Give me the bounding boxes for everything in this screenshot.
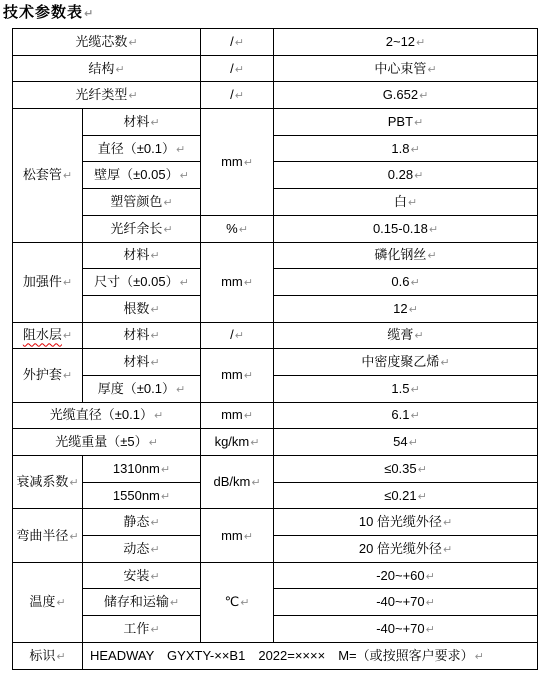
cell-text: kg/km	[215, 434, 250, 449]
end-of-cell-mark: ↵	[426, 624, 435, 636]
page-title: 技术参数表↵	[0, 0, 545, 24]
table-cell: 材料↵	[83, 109, 201, 136]
table-cell: mm↵	[201, 242, 274, 322]
cell-text: 光缆重量（±5）	[55, 434, 147, 449]
end-of-cell-mark: ↵	[418, 491, 427, 503]
cell-text: 标识	[29, 648, 55, 663]
table-row: 光缆芯数↵/↵2~12↵	[13, 29, 538, 56]
cell-text: 尺寸（±0.05）	[94, 274, 178, 289]
end-of-cell-mark: ↵	[176, 144, 185, 156]
paragraph-mark: ↵	[84, 8, 94, 20]
table-cell: 材料↵	[83, 349, 201, 376]
cell-text: 10 倍光缆外径	[359, 514, 442, 529]
end-of-cell-mark: ↵	[426, 571, 435, 583]
cell-text: 1550nm	[113, 488, 160, 503]
table-row: 壁厚（±0.05）↵0.28↵	[13, 162, 538, 189]
end-of-cell-mark: ↵	[410, 144, 419, 156]
cell-text: 材料	[123, 354, 149, 369]
table-cell: 尺寸（±0.05）↵	[83, 269, 201, 296]
end-of-cell-mark: ↵	[251, 477, 260, 489]
table-cell: /↵	[201, 322, 274, 349]
table-row: 光纤类型↵/↵G.652↵	[13, 82, 538, 109]
end-of-cell-mark: ↵	[150, 624, 159, 636]
table-cell: 2~12↵	[274, 29, 538, 56]
table-row: 光纤余长↵%↵0.15-0.18↵	[13, 215, 538, 242]
cell-text: 静态	[123, 514, 149, 529]
end-of-cell-mark: ↵	[244, 531, 253, 543]
table-cell: ℃↵	[201, 562, 274, 642]
table-cell: 安装↵	[83, 562, 201, 589]
cell-text: 外护套	[23, 367, 62, 382]
table-cell: 6.1↵	[274, 402, 538, 429]
end-of-cell-mark: ↵	[150, 357, 159, 369]
cell-text: mm	[221, 154, 243, 169]
cell-text: 工作	[123, 621, 149, 636]
end-of-cell-mark: ↵	[235, 64, 244, 76]
end-of-cell-mark: ↵	[63, 330, 72, 342]
end-of-cell-mark: ↵	[63, 170, 72, 182]
end-of-cell-mark: ↵	[128, 37, 137, 49]
end-of-cell-mark: ↵	[161, 491, 170, 503]
end-of-cell-mark: ↵	[443, 544, 452, 556]
end-of-cell-mark: ↵	[180, 170, 189, 182]
cell-text: PBT	[388, 114, 413, 129]
cell-text: dB/km	[213, 474, 250, 489]
end-of-cell-mark: ↵	[180, 277, 189, 289]
cell-outer-sheath: 外护套↵	[13, 349, 83, 402]
table-cell: /↵	[201, 29, 274, 56]
cell-text: 0.28	[388, 167, 413, 182]
table-cell: 光缆芯数↵	[13, 29, 201, 56]
table-row: 工作↵-40~+70↵	[13, 616, 538, 643]
cell-text: mm	[221, 274, 243, 289]
table-row: 松套管↵材料↵mm↵PBT↵	[13, 109, 538, 136]
end-of-cell-mark: ↵	[170, 597, 179, 609]
end-of-cell-mark: ↵	[240, 597, 249, 609]
end-of-cell-mark: ↵	[408, 197, 417, 209]
cell-text: 光缆芯数	[75, 34, 127, 49]
table-row: 直径（±0.1）↵1.8↵	[13, 135, 538, 162]
cell-text: 光纤类型	[75, 87, 127, 102]
document-page: 技术参数表↵ 光缆芯数↵/↵2~12↵结构↵/↵中心束管↵光纤类型↵/↵G.65…	[0, 0, 545, 677]
end-of-cell-mark: ↵	[244, 370, 253, 382]
end-of-cell-mark: ↵	[414, 170, 423, 182]
table-cell: 54↵	[274, 429, 538, 456]
end-of-cell-mark: ↵	[427, 64, 436, 76]
table-cell: -20~+60↵	[274, 562, 538, 589]
spec-table: 光缆芯数↵/↵2~12↵结构↵/↵中心束管↵光纤类型↵/↵G.652↵松套管↵材…	[12, 28, 538, 670]
table-cell: 白↵	[274, 189, 538, 216]
end-of-cell-mark: ↵	[414, 330, 423, 342]
end-of-cell-mark: ↵	[115, 64, 124, 76]
end-of-cell-mark: ↵	[128, 90, 137, 102]
table-cell: 壁厚（±0.05）↵	[83, 162, 201, 189]
end-of-cell-mark: ↵	[176, 384, 185, 396]
table-cell: 缆膏↵	[274, 322, 538, 349]
end-of-cell-mark: ↵	[150, 330, 159, 342]
end-of-cell-mark: ↵	[244, 277, 253, 289]
table-cell: 12↵	[274, 295, 538, 322]
end-of-cell-mark: ↵	[150, 117, 159, 129]
table-cell: ≤0.35↵	[274, 456, 538, 483]
cell-text: mm	[221, 367, 243, 382]
cell-text: 材料	[123, 247, 149, 262]
cell-text: 0.6	[391, 274, 409, 289]
cell-text: /	[230, 34, 234, 49]
cell-text: 根数	[123, 301, 149, 316]
table-cell: mm↵	[201, 509, 274, 562]
table-cell: 厚度（±0.1）↵	[83, 375, 201, 402]
cell-text: G.652	[383, 87, 418, 102]
end-of-cell-mark: ↵	[443, 517, 452, 529]
end-of-cell-mark: ↵	[239, 224, 248, 236]
cell-text: 塑管颜色	[110, 194, 162, 209]
table-cell: 光缆直径（±0.1）↵	[13, 402, 201, 429]
end-of-cell-mark: ↵	[475, 651, 484, 663]
cell-text: ℃	[225, 594, 240, 609]
cell-text: 光纤余长	[110, 221, 162, 236]
end-of-cell-mark: ↵	[235, 330, 244, 342]
table-cell: 动态↵	[83, 536, 201, 563]
end-of-cell-mark: ↵	[235, 37, 244, 49]
table-cell: 储存和运输↵	[83, 589, 201, 616]
table-row: 外护套↵材料↵mm↵中密度聚乙烯↵	[13, 349, 538, 376]
end-of-cell-mark: ↵	[410, 384, 419, 396]
cell-bend-radius: 弯曲半径↵	[13, 509, 83, 562]
cell-text: 弯曲半径	[16, 528, 68, 543]
table-cell: 20 倍光缆外径↵	[274, 536, 538, 563]
cell-text: 温度	[29, 594, 55, 609]
cell-text: 中密度聚乙烯	[361, 354, 439, 369]
end-of-cell-mark: ↵	[163, 224, 172, 236]
table-cell: 中心束管↵	[274, 55, 538, 82]
cell-text: -20~+60	[376, 568, 424, 583]
end-of-cell-mark: ↵	[427, 250, 436, 262]
table-cell: G.652↵	[274, 82, 538, 109]
table-row: 塑管颜色↵白↵	[13, 189, 538, 216]
cell-text: 储存和运输	[104, 594, 169, 609]
cell-text: 壁厚（±0.05）	[94, 167, 178, 182]
cell-text: 1.5	[391, 381, 409, 396]
cell-text: 衰减系数	[16, 474, 68, 489]
cell-text: 加强件	[23, 274, 62, 289]
end-of-cell-mark: ↵	[150, 517, 159, 529]
cell-text: 材料	[123, 114, 149, 129]
end-of-cell-mark: ↵	[56, 597, 65, 609]
table-cell: -40~+70↵	[274, 616, 538, 643]
cell-text: ≤0.21	[384, 488, 416, 503]
end-of-cell-mark: ↵	[69, 477, 78, 489]
end-of-cell-mark: ↵	[150, 544, 159, 556]
end-of-cell-mark: ↵	[149, 437, 158, 449]
table-cell: %↵	[201, 215, 274, 242]
cell-text: /	[230, 61, 234, 76]
cell-text: mm	[221, 407, 243, 422]
table-row: 储存和运输↵-40~+70↵	[13, 589, 538, 616]
cell-text: 6.1	[391, 407, 409, 422]
table-cell: 塑管颜色↵	[83, 189, 201, 216]
table-cell: 0.6↵	[274, 269, 538, 296]
page-title-text: 技术参数表	[3, 4, 83, 21]
cell-text: ≤0.35	[384, 461, 416, 476]
end-of-cell-mark: ↵	[414, 117, 423, 129]
table-cell: 直径（±0.1）↵	[83, 135, 201, 162]
table-row: 1550nm↵≤0.21↵	[13, 482, 538, 509]
end-of-cell-mark: ↵	[163, 197, 172, 209]
cell-text: 1.8	[391, 141, 409, 156]
table-cell: ≤0.21↵	[274, 482, 538, 509]
end-of-cell-mark: ↵	[235, 90, 244, 102]
cell-text: mm	[221, 528, 243, 543]
table-row: 加强件↵材料↵mm↵磷化钢丝↵	[13, 242, 538, 269]
end-of-cell-mark: ↵	[410, 410, 419, 422]
end-of-cell-mark: ↵	[409, 304, 418, 316]
table-cell: 磷化钢丝↵	[274, 242, 538, 269]
table-row: 结构↵/↵中心束管↵	[13, 55, 538, 82]
table-cell: 根数↵	[83, 295, 201, 322]
table-cell: 0.28↵	[274, 162, 538, 189]
cell-water-blocking-layer: 阻水层↵	[13, 322, 83, 349]
table-cell: 1310nm↵	[83, 456, 201, 483]
end-of-cell-mark: ↵	[250, 437, 259, 449]
table-cell: 1.5↵	[274, 375, 538, 402]
table-row: 尺寸（±0.05）↵0.6↵	[13, 269, 538, 296]
cell-temperature: 温度↵	[13, 562, 83, 642]
end-of-cell-mark: ↵	[244, 410, 253, 422]
table-cell: 材料↵	[83, 242, 201, 269]
cell-text: %	[226, 221, 238, 236]
end-of-cell-mark: ↵	[63, 277, 72, 289]
cell-text: 直径（±0.1）	[98, 141, 175, 156]
end-of-cell-mark: ↵	[409, 437, 418, 449]
end-of-cell-mark: ↵	[161, 464, 170, 476]
cell-text: 20 倍光缆外径	[359, 541, 442, 556]
cell-text: /	[230, 327, 234, 342]
cell-text: 光缆直径（±0.1）	[50, 407, 153, 422]
end-of-cell-mark: ↵	[244, 157, 253, 169]
table-cell: /↵	[201, 82, 274, 109]
table-cell: 中密度聚乙烯↵	[274, 349, 538, 376]
cell-text: 缆膏	[387, 327, 413, 342]
table-cell: 光缆重量（±5）↵	[13, 429, 201, 456]
cell-loose-tube: 松套管↵	[13, 109, 83, 242]
table-row: 光缆直径（±0.1）↵mm↵6.1↵	[13, 402, 538, 429]
cell-text: 材料	[123, 327, 149, 342]
table-cell: mm↵	[201, 349, 274, 402]
table-cell: PBT↵	[274, 109, 538, 136]
table-row: 阻水层↵材料↵/↵缆膏↵	[13, 322, 538, 349]
cell-text: 厚度（±0.1）	[98, 381, 175, 396]
end-of-cell-mark: ↵	[416, 37, 425, 49]
end-of-cell-mark: ↵	[418, 464, 427, 476]
cell-text: HEADWAY GYXTY-××B1 2022=×××× M=（或按照客户要求）	[90, 648, 474, 663]
table-cell: 光纤类型↵	[13, 82, 201, 109]
table-row: 厚度（±0.1）↵1.5↵	[13, 375, 538, 402]
cell-text: 白	[394, 194, 407, 209]
end-of-cell-mark: ↵	[63, 370, 72, 382]
cell-attenuation: 衰减系数↵	[13, 456, 83, 509]
table-cell: 1550nm↵	[83, 482, 201, 509]
end-of-cell-mark: ↵	[440, 357, 449, 369]
table-cell: mm↵	[201, 402, 274, 429]
end-of-cell-mark: ↵	[419, 90, 428, 102]
end-of-cell-mark: ↵	[150, 304, 159, 316]
end-of-cell-mark: ↵	[56, 651, 65, 663]
table-cell: 0.15-0.18↵	[274, 215, 538, 242]
cell-text: 结构	[88, 61, 114, 76]
table-cell: 1.8↵	[274, 135, 538, 162]
table-row: 弯曲半径↵静态↵mm↵10 倍光缆外径↵	[13, 509, 538, 536]
end-of-cell-mark: ↵	[150, 250, 159, 262]
table-cell: 10 倍光缆外径↵	[274, 509, 538, 536]
end-of-cell-mark: ↵	[429, 224, 438, 236]
table-row: 衰减系数↵1310nm↵dB/km↵≤0.35↵	[13, 456, 538, 483]
end-of-cell-mark: ↵	[426, 597, 435, 609]
cell-strength-member: 加强件↵	[13, 242, 83, 322]
cell-text: 中心束管	[374, 61, 426, 76]
table-row: 动态↵20 倍光缆外径↵	[13, 536, 538, 563]
table-row: 根数↵12↵	[13, 295, 538, 322]
table-cell: mm↵	[201, 109, 274, 216]
table-row: 光缆重量（±5）↵kg/km↵54↵	[13, 429, 538, 456]
cell-text: -40~+70	[376, 621, 424, 636]
table-row: 温度↵安装↵℃↵-20~+60↵	[13, 562, 538, 589]
end-of-cell-mark: ↵	[69, 531, 78, 543]
cell-text: /	[230, 87, 234, 102]
end-of-cell-mark: ↵	[154, 410, 163, 422]
table-cell: 光纤余长↵	[83, 215, 201, 242]
cell-text: 1310nm	[113, 461, 160, 476]
table-cell: 工作↵	[83, 616, 201, 643]
table-cell: 结构↵	[13, 55, 201, 82]
cell-text: -40~+70	[376, 594, 424, 609]
cell-text: 安装	[123, 568, 149, 583]
cell-marking: 标识↵	[13, 642, 83, 669]
end-of-cell-mark: ↵	[150, 571, 159, 583]
cell-text: 阻水层	[23, 327, 62, 342]
table-cell: -40~+70↵	[274, 589, 538, 616]
table-row: 标识↵HEADWAY GYXTY-××B1 2022=×××× M=（或按照客户…	[13, 642, 538, 669]
table-cell: dB/km↵	[201, 456, 274, 509]
cell-text: 54	[393, 434, 407, 449]
table-cell: kg/km↵	[201, 429, 274, 456]
table-cell: /↵	[201, 55, 274, 82]
table-cell: 静态↵	[83, 509, 201, 536]
end-of-cell-mark: ↵	[410, 277, 419, 289]
cell-text: 0.15-0.18	[373, 221, 428, 236]
table-cell: 材料↵	[83, 322, 201, 349]
cell-text: 2~12	[386, 34, 415, 49]
cell-text: 松套管	[23, 167, 62, 182]
table-cell: HEADWAY GYXTY-××B1 2022=×××× M=（或按照客户要求）…	[83, 642, 538, 669]
cell-text: 12	[393, 301, 407, 316]
cell-text: 磷化钢丝	[374, 247, 426, 262]
cell-text: 动态	[123, 541, 149, 556]
